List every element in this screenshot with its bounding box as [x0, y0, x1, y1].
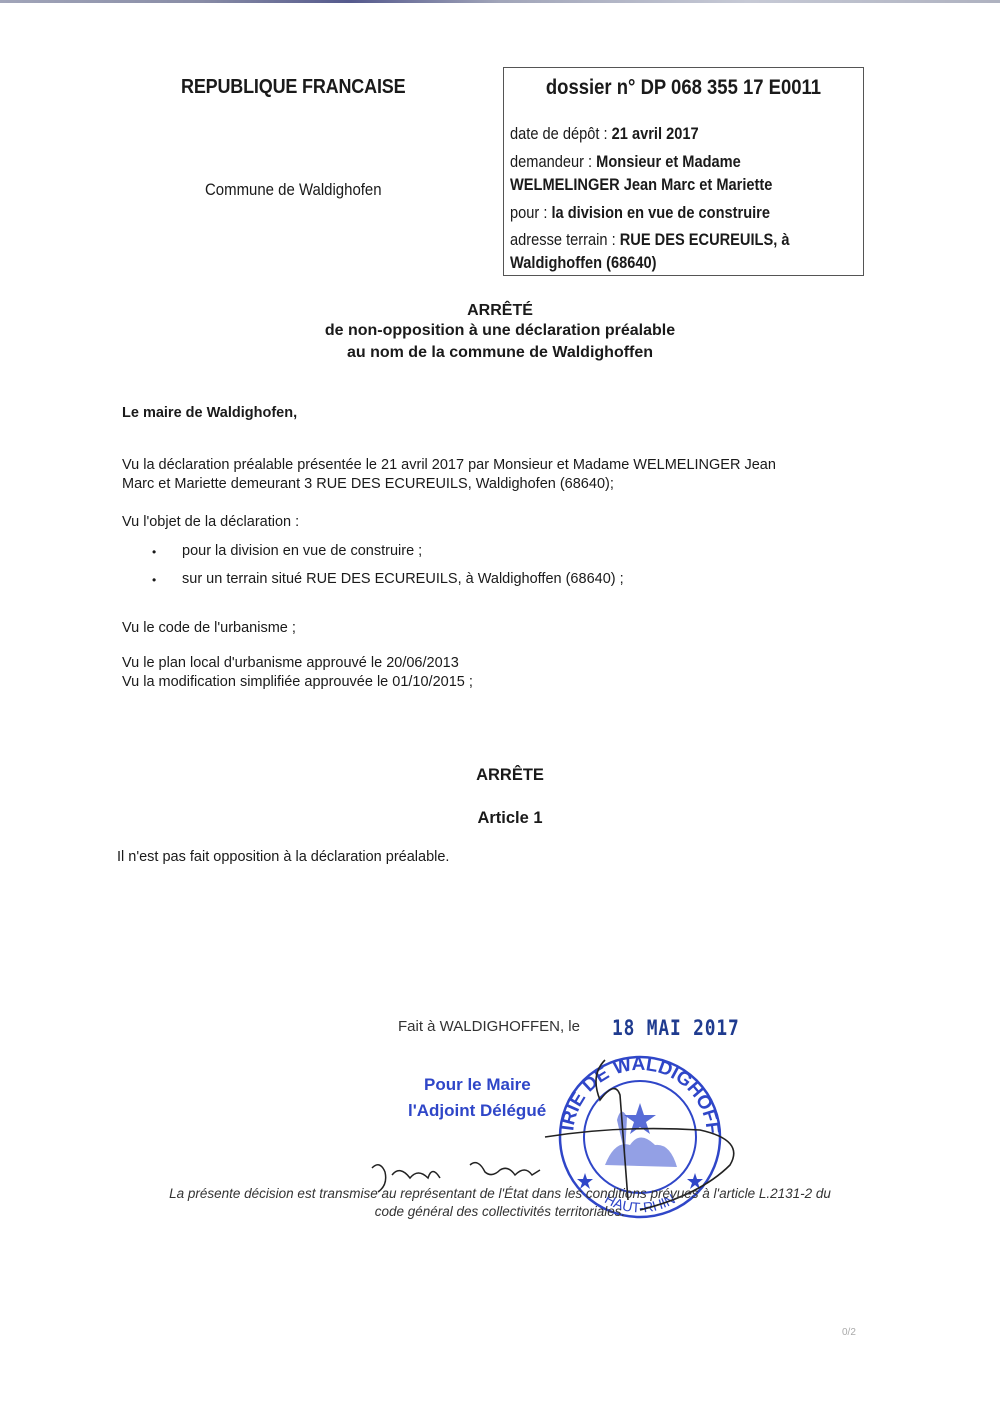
- page-number: 0/2: [842, 1327, 856, 1338]
- transmission-notice-line1: La présente décision est transmise au re…: [0, 1186, 1000, 1201]
- transmission-notice-line2: code général des collectivités territori…: [0, 1204, 1000, 1219]
